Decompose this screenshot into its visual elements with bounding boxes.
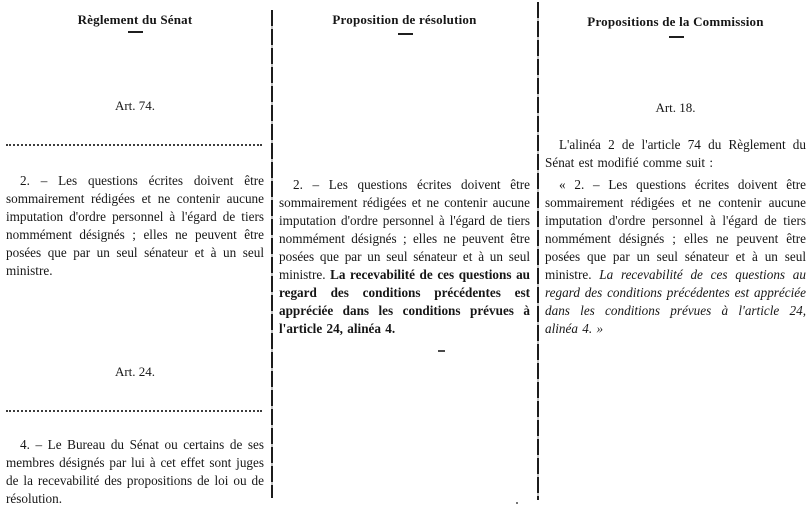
scan-artifact-dash bbox=[438, 350, 445, 352]
header-dash bbox=[669, 36, 684, 38]
paragraph-senat-rules-4: 4. – Le Bureau du Sénat ou certains de s… bbox=[6, 436, 264, 508]
paragraph-proposition-2: 2. – Les questions écrites doivent être … bbox=[279, 176, 530, 338]
scan-artifact-dot bbox=[516, 502, 518, 504]
column-proposition-resolution: Proposition de résolution 2. – Les quest… bbox=[279, 0, 530, 527]
article-heading-24: Art. 24. bbox=[6, 364, 264, 380]
column-header-propositions-commission: Propositions de la Commission bbox=[545, 14, 806, 30]
column-header-reglement-senat: Règlement du Sénat bbox=[6, 12, 264, 28]
column-header-proposition-resolution: Proposition de résolution bbox=[279, 12, 530, 28]
column-propositions-commission: Propositions de la Commission Art. 18. L… bbox=[545, 0, 806, 527]
article-heading-74: Art. 74. bbox=[6, 98, 264, 114]
column-divider bbox=[537, 2, 539, 500]
column-reglement-senat: Règlement du Sénat Art. 74. 2. – Les que… bbox=[6, 0, 264, 527]
header-dash bbox=[128, 31, 143, 33]
paragraph-commission-2: « 2. – Les questions écrites doivent êtr… bbox=[545, 176, 806, 338]
article-heading-18: Art. 18. bbox=[545, 100, 806, 116]
paragraph-senat-rules-2: 2. – Les questions écrites doivent être … bbox=[6, 172, 264, 280]
dotted-separator bbox=[6, 144, 262, 146]
dotted-separator bbox=[6, 410, 262, 412]
paragraph-commission-intro: L'alinéa 2 de l'article 74 du Règlement … bbox=[545, 136, 806, 172]
header-dash bbox=[398, 33, 413, 35]
column-divider bbox=[271, 10, 273, 498]
